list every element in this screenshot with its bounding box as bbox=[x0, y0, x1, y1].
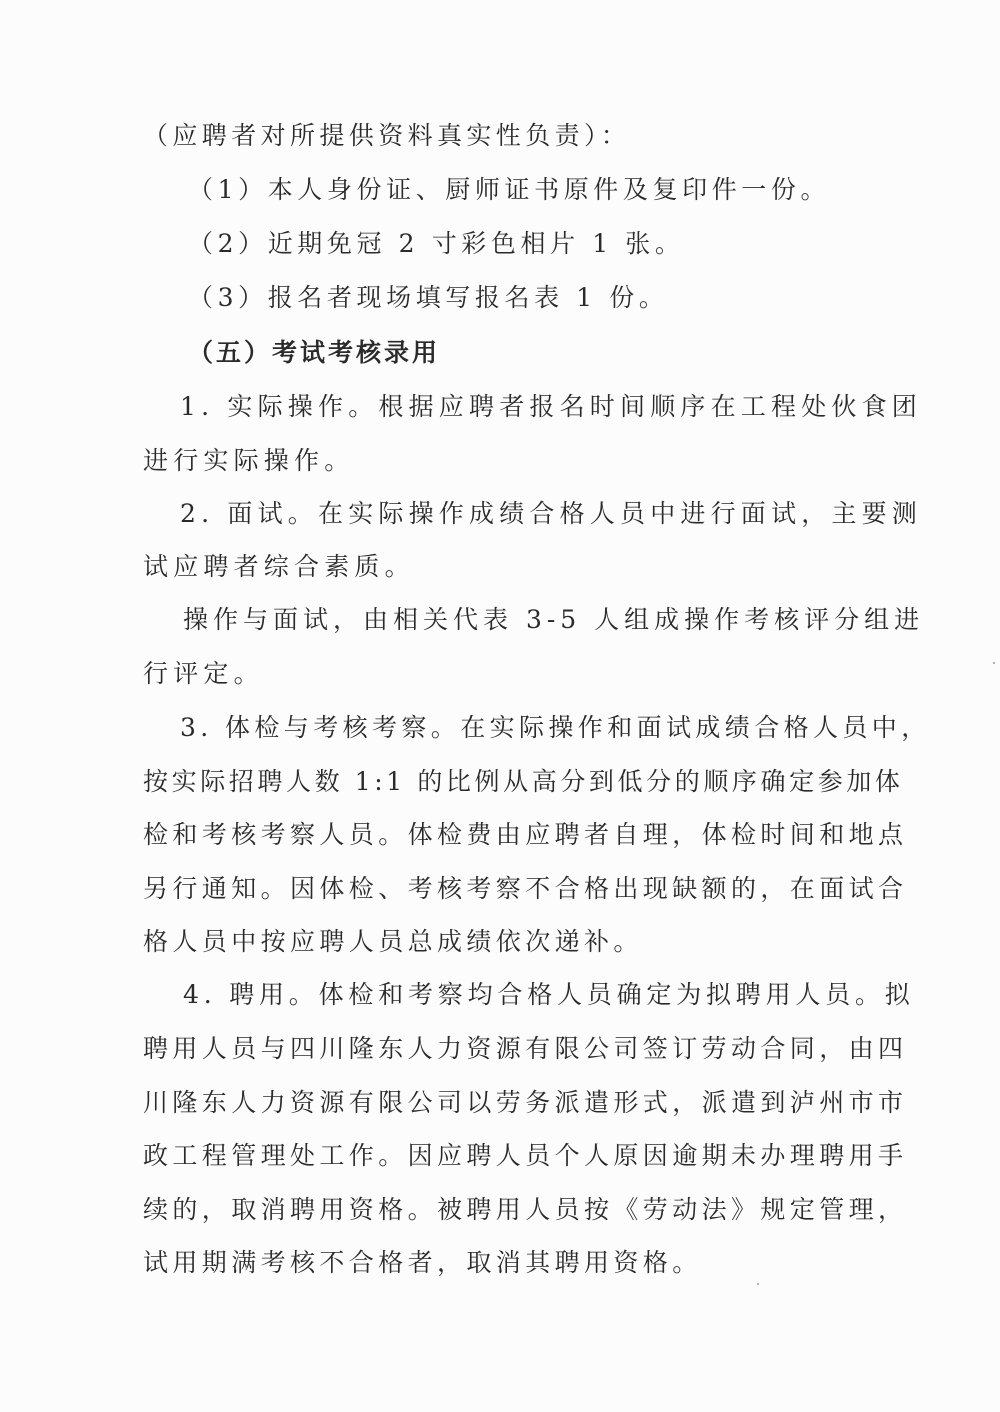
intro-note: （应聘者对所提供资料真实性负责）： bbox=[143, 121, 630, 151]
paragraph-5-line-3: 川隆东人力资源有限公司以劳务派遣形式，派遣到泸州市市 bbox=[143, 1088, 907, 1118]
paragraph-3-line-2: 行评定。 bbox=[143, 659, 264, 689]
paragraph-3-line-1: 操作与面试，由相关代表 3-5 人组成操作考核评分组进 bbox=[183, 605, 924, 635]
paragraph-4-line-2: 按实际招聘人数 1:1 的比例从高分到低分的顺序确定参加体 bbox=[143, 767, 904, 797]
paragraph-5-line-2: 聘用人员与四川隆东人力资源有限公司签订劳动合同，由四 bbox=[143, 1034, 907, 1064]
paragraph-4-line-1: 3. 体检与考核考察。在实际操作和面试成绩合格人员中， bbox=[180, 713, 931, 743]
paragraph-4-line-4: 另行通知。因体检、考核考察不合格出现缺额的，在面试合 bbox=[143, 874, 907, 904]
document-page: （应聘者对所提供资料真实性负责）： （1）本人身份证、厨师证书原件及复印件一份。… bbox=[0, 0, 1000, 1412]
paragraph-5-line-6: 试用期满考核不合格者，取消其聘用资格。 bbox=[143, 1248, 702, 1278]
requirement-item-2: （2）近期免冠 2 寸彩色相片 1 张。 bbox=[188, 229, 685, 259]
scan-speck bbox=[757, 1283, 759, 1285]
section-heading: （五）考试考核录用 bbox=[188, 338, 440, 368]
paragraph-1-line-1: 1. 实际操作。根据应聘者报名时间顺序在工程处伙食团 bbox=[180, 392, 922, 422]
paragraph-2-line-1: 2. 面试。在实际操作成绩合格人员中进行面试，主要测 bbox=[180, 499, 922, 529]
paragraph-2-line-2: 试应聘者综合素质。 bbox=[143, 552, 415, 582]
paragraph-5-line-1: 4. 聘用。体检和考察均合格人员确定为拟聘用人员。拟 bbox=[183, 980, 915, 1010]
paragraph-1-line-2: 进行实际操作。 bbox=[143, 446, 354, 476]
paragraph-4-line-3: 检和考核考察人员。体检费由应聘者自理，体检时间和地点 bbox=[143, 820, 907, 850]
paragraph-5-line-5: 续的，取消聘用资格。被聘用人员按《劳动法》规定管理， bbox=[143, 1195, 907, 1225]
requirement-item-3: （3）报名者现场填写报名表 1 份。 bbox=[188, 283, 669, 313]
requirement-item-1: （1）本人身份证、厨师证书原件及复印件一份。 bbox=[188, 175, 830, 205]
paragraph-5-line-4: 政工程管理处工作。因应聘人员个人原因逾期未办理聘用手 bbox=[143, 1141, 907, 1171]
paragraph-4-line-5: 格人员中按应聘人员总成绩依次递补。 bbox=[143, 927, 643, 957]
scan-speck bbox=[993, 662, 995, 664]
